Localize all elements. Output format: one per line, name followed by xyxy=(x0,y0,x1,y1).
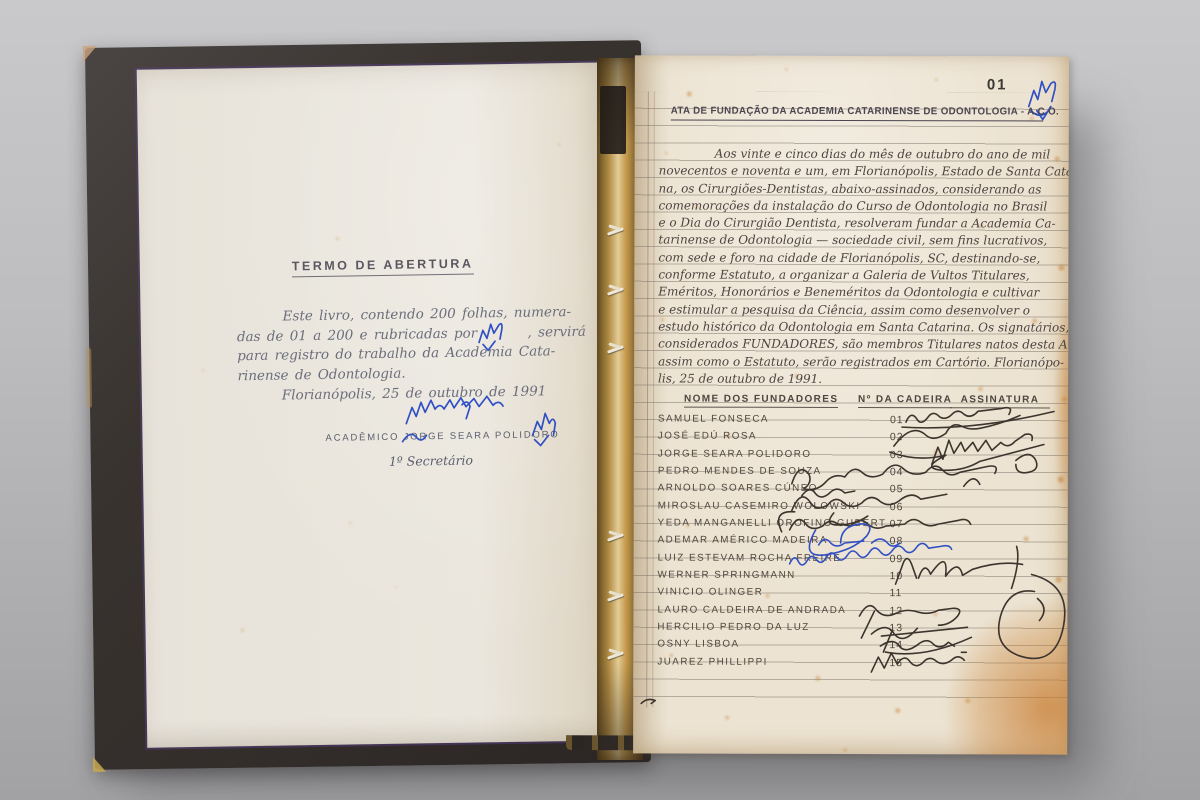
signature-row-06 xyxy=(792,494,947,525)
rubric-mark-over-name xyxy=(398,423,428,449)
termo-de-abertura-title: TERMO DE ABERTURA xyxy=(292,257,474,278)
stain-spot xyxy=(349,521,352,524)
left-page: TERMO DE ABERTURA Este livro, contendo 2… xyxy=(137,62,626,747)
signatures-overlay xyxy=(633,55,1069,754)
signature-row-05 xyxy=(802,489,855,497)
small-pen-mark-bottom xyxy=(641,699,655,703)
signature-row-15 xyxy=(871,653,964,672)
stain-spot xyxy=(201,369,204,372)
stain-spot xyxy=(335,237,339,241)
termo-body: Este livro, contendo 200 folhas, numera-… xyxy=(236,303,597,387)
stitch-thread xyxy=(607,287,624,296)
stitch-thread xyxy=(607,227,624,236)
signer-title: 1º Secretário xyxy=(389,453,473,469)
photo-of-open-minute-book: TERMO DE ABERTURA Este livro, contendo 2… xyxy=(0,0,1200,800)
signature-row-10 xyxy=(896,546,1023,588)
signature-row-04 xyxy=(792,465,997,490)
stitch-thread xyxy=(607,345,624,354)
signature-row-01 xyxy=(902,407,1054,428)
cover-wear-edge xyxy=(86,348,92,408)
stitch-thread xyxy=(607,593,624,602)
rubric-mark-right xyxy=(524,405,555,447)
stain-spot xyxy=(395,586,398,589)
signature-flourish-oval xyxy=(999,574,1065,658)
cover-wear-bottom-left xyxy=(93,757,106,772)
spine-dark-segment xyxy=(600,86,626,154)
signature-row-02 xyxy=(890,415,1044,470)
signature-row-07 xyxy=(779,512,971,533)
stitch-thread xyxy=(607,651,624,660)
rubric-mark-inline xyxy=(471,314,508,351)
stain-spot xyxy=(471,315,474,318)
stitch-thread xyxy=(607,533,624,542)
right-page: 01 ATA DE FUNDAÇÃO DA ACADEMIA CATARINEN… xyxy=(633,55,1069,754)
stain-spot xyxy=(558,143,561,146)
stain-spot xyxy=(240,628,244,632)
cover-wear-top-left xyxy=(83,46,97,62)
